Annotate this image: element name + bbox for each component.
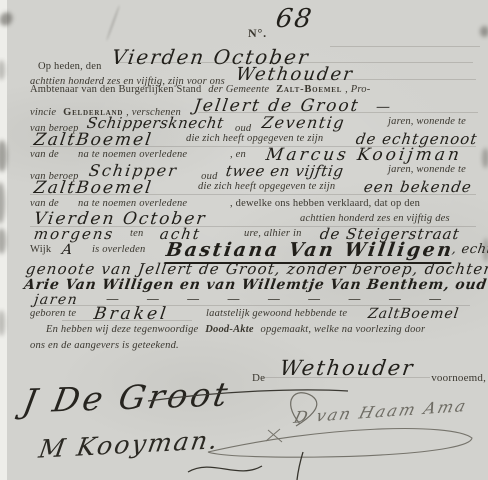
printed-of-the-text: van de xyxy=(30,149,59,160)
entry-declarant2-residence: ZaltBoemel xyxy=(33,178,154,198)
act-number-label: N°. xyxy=(248,26,267,40)
printed-death-year-text: achttien honderd zes en vijftig des xyxy=(300,213,450,224)
printed-district-label: Wijk xyxy=(30,244,51,255)
act-line-15: Arie Van Willigen en van Willemtje Van B… xyxy=(24,277,488,293)
ink-smudge xyxy=(0,10,15,28)
printed-closing-text-1: En hebben wij deze tegenwoordige xyxy=(46,324,198,335)
act-line-16: jaren — — — — — — — — — xyxy=(34,292,78,308)
entry-declarant1-age: Zeventig xyxy=(261,113,347,132)
act-number: N°. 68 xyxy=(248,14,307,44)
act-line-18: En hebben wij deze tegenwoordige Dood-Ak… xyxy=(46,324,425,335)
act-line-17: geboren te Brakel laatstelijk gewoond he… xyxy=(30,308,76,319)
entry-birthplace: Brakel xyxy=(93,304,170,324)
act-number-value: 68 xyxy=(274,4,315,34)
entry-district-letter: A xyxy=(61,242,74,258)
printed-deceased-ref-text-2: na te noemen overledene xyxy=(78,198,187,209)
printed-declaration-text: , dewelke ons hebben verklaard, dat op d… xyxy=(230,198,420,209)
entry-time-of-day: morgens xyxy=(33,225,116,243)
pen-stroke-mark xyxy=(106,5,121,41)
printed-last-resided-label: laatstelijk gewoond hebbende te xyxy=(206,308,347,319)
printed-and-text: , en xyxy=(230,149,246,160)
printed-residence-label: jaren, wonende te xyxy=(388,116,466,127)
printed-of-the-text-2: van de xyxy=(30,198,59,209)
entry-declarant2-age: twee en vijftig xyxy=(225,162,345,180)
printed-the-label: De xyxy=(252,372,265,384)
entry-declarant1-residence: ZaltBoemel xyxy=(33,130,154,150)
signature-declarant2: M Kooyman. xyxy=(37,425,222,463)
official-signature-flourish xyxy=(208,429,472,458)
printed-declared-text-2: die zich heeft opgegeven te zijn xyxy=(198,181,335,192)
printed-at-text: ten xyxy=(130,228,143,239)
printed-hour-place-text: ure, alhier in xyxy=(244,228,302,239)
printed-deceased-ref-text: na te noemen overledene xyxy=(78,149,187,160)
ink-smudge xyxy=(480,26,488,37)
printed-born-at-label: geboren te xyxy=(30,308,76,319)
printed-declared-text: die zich heeft opgegeven te zijn xyxy=(186,133,323,144)
printed-act-type: Dood-Akte xyxy=(205,324,253,335)
death-certificate-scan: N°. 68 Op heden, den Vierden October ach… xyxy=(0,0,488,480)
entry-spouse-word-part: , echt- xyxy=(451,242,488,257)
form-rule xyxy=(330,46,480,47)
signature-declarant1: J De Groot xyxy=(20,374,234,420)
printed-municipality-name: Zalt-Boemel xyxy=(276,84,342,95)
act-line-10: van de na te noemen overledene , dewelke… xyxy=(30,198,59,209)
hash-mark xyxy=(266,429,282,442)
printed-aforementioned-label: voornoemd, xyxy=(431,372,486,384)
entry-years-word: jaren xyxy=(33,292,79,308)
act-closing-line: De Wethouder voornoemd, xyxy=(252,362,486,386)
printed-closing-text-3: ons en de aangevers is geteekend. xyxy=(30,340,179,351)
printed-deceased-label: is overleden xyxy=(92,244,145,255)
bottom-pen-stroke xyxy=(297,452,303,480)
printed-province-prefix: , Pro- xyxy=(345,84,370,95)
entry-declarant2-relation: een bekende xyxy=(363,178,473,196)
printed-registrar-text: Ambtenaar van den Burgerlijken Stand xyxy=(30,84,201,95)
act-line-3: Ambtenaar van den Burgerlijken Stand der… xyxy=(30,84,370,95)
printed-closing-text-2: opgemaakt, welke na voorlezing door xyxy=(261,324,426,335)
entry-official-title: Wethouder xyxy=(278,356,416,380)
entry-fill-dash: — xyxy=(375,99,392,115)
act-line-13: Wijk A is overleden Bastiana Van Willige… xyxy=(30,244,51,255)
ink-smudge xyxy=(482,148,488,168)
declarant2-flourish xyxy=(188,466,262,472)
act-line-19: ons en de aangevers is geteekend. xyxy=(30,340,179,351)
entry-parents-and-age: Arie Van Willigen en van Willemtje Van B… xyxy=(23,277,488,293)
act-line-14: genoote van Jellert de Groot, zonder ber… xyxy=(26,260,488,278)
entry-spouse-of: genoote van Jellert de Groot, zonder ber… xyxy=(25,260,488,278)
entry-last-residence: ZaltBoemel xyxy=(367,306,460,322)
printed-municipality-prefix: der Gemeente xyxy=(208,84,269,95)
signature-official: D van Haam Ama xyxy=(292,396,470,427)
printed-residence-label-2: jaren, wonende te xyxy=(388,164,466,175)
entry-registrar-title: Wethouder xyxy=(234,64,355,85)
act-line-7: van de na te noemen overledene , en Marc… xyxy=(30,149,59,160)
